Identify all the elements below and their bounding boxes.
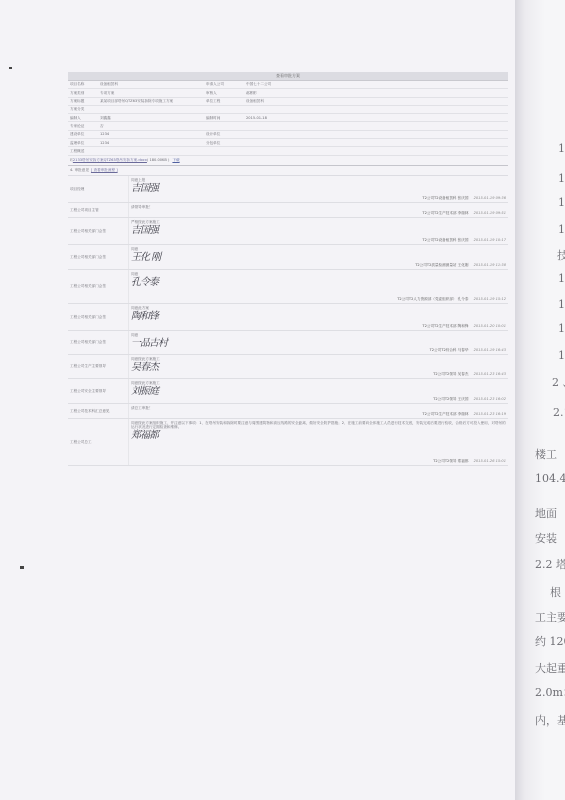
field-label: 工程概述: [68, 149, 100, 153]
approval-opinion: 同意按此方案施工: [131, 355, 508, 361]
approval-row: 工程公司生产主要领导 同意按此方案施工 吴春杰 T2公司T2领导 吴春杰 201…: [68, 355, 508, 379]
approver-name: 陶和锋: [458, 324, 469, 328]
field-label: 方案标题: [68, 99, 100, 103]
approval-body: 严格按此方案施工 吉国强 T2公司T2设备租赁科 张庆国 2015-01-19 …: [128, 218, 508, 244]
handwritten-signature: 陶和锋: [131, 311, 508, 323]
field-label: 方案类别: [68, 91, 100, 95]
approver-name: 孔令泰: [458, 297, 469, 301]
approval-time: 2015-01-23 16:43: [474, 372, 506, 376]
adjacent-page-text: 1.5: [558, 298, 565, 311]
download-link[interactable]: 下载: [172, 158, 179, 162]
approver-name: 李瑞林: [458, 412, 469, 416]
approver-dept: T2公司T2人力资源部（党委组织部）: [397, 297, 456, 301]
field-value: 设备租赁科: [100, 82, 206, 86]
approver-dept: T2公司T2领导: [433, 372, 456, 376]
approval-row: 工程公司安全主要领导 同意按此方案施工 刘振庭 T2公司T2领导 王庆国 201…: [68, 379, 508, 404]
approval-body: 同意此方案 陶和锋 T2公司T2生产技术部 陶和锋 2015-01-20 10:…: [128, 304, 508, 330]
approver-dept: T2公司T2领导: [433, 459, 456, 463]
handwritten-signature: 孔令泰: [131, 277, 508, 289]
info-row: 方案分类: [68, 106, 508, 114]
approval-opinion: 请总工审批！: [131, 404, 508, 410]
approval-body: 请总工审批！ T2公司T2生产技术部 李瑞林 2015-01-23 16:19: [128, 404, 508, 418]
approver-name: 吴春杰: [458, 372, 469, 376]
adjacent-page-text: 2.0m×: [535, 686, 565, 699]
field-label: 分包单位: [206, 141, 246, 145]
adjacent-page-text: 1.6: [558, 322, 565, 335]
approval-opinion: 同意: [131, 331, 508, 337]
approval-meta: T2公司T2设备租赁科 张庆国 2015-01-19 09:36: [422, 196, 506, 200]
approval-meta: T2公司T2生产技术部 陶和锋 2015-01-20 10:01: [422, 324, 506, 328]
approval-meta: T2公司T2生产技术部 李瑞林 2015-01-19 09:51: [422, 211, 506, 215]
scanned-page: 查看审批方案 项目名称设备租赁科申请人公司中国七十二公司方案类别专项方案审核人郝…: [0, 0, 515, 800]
approval-time: 2015-01-19 10:17: [474, 238, 506, 242]
approval-row: 工程公司相关部门会签 严格按此方案施工 吉国强 T2公司T2设备租赁科 张庆国 …: [68, 218, 508, 245]
approval-time: 2015-01-23 16:02: [474, 397, 506, 401]
handwritten-signature: 吉国强: [131, 183, 508, 195]
approval-opinion: 严格按此方案施工: [131, 218, 508, 224]
approval-opinion: 同意: [131, 270, 508, 276]
approval-body: 同意 一品古村 T2公司T2综合科 马春华 2015-01-19 16:43: [128, 331, 508, 354]
field-label: 编制时间: [206, 116, 246, 120]
approval-time: 2015-01-23 16:19: [474, 412, 506, 416]
approval-opinion: 同意此方案: [131, 304, 508, 310]
field-label: 申请人公司: [206, 82, 246, 86]
adjacent-page-text: 工主要: [535, 609, 565, 625]
approval-row: 工程公司技术科汇总意见 请总工审批！ T2公司T2生产技术部 李瑞林 2015-…: [68, 404, 508, 419]
approval-meta: T2公司T2设备租赁科 张庆国 2015-01-19 10:17: [422, 238, 506, 242]
approver-name: 王庆国: [458, 397, 469, 401]
approver-name: 马春华: [458, 348, 469, 352]
approver-name: 郑福都: [458, 459, 469, 463]
approval-opinion: 同意按此方案施工: [131, 379, 508, 385]
adjacent-page-text: 内，基: [535, 712, 565, 728]
adjacent-page-text: 1.4: [558, 272, 565, 285]
field-label: 设计单位: [206, 132, 246, 136]
info-row: 监理单位1234分包单位: [68, 139, 508, 147]
approver-dept: T2公司T2生产技术部: [422, 324, 456, 328]
handwritten-signature: 吉国强: [131, 225, 508, 237]
approval-time: 2015-01-19 11:38: [474, 263, 506, 267]
adjacent-page-text: 2.1 工: [553, 404, 565, 420]
approval-list: 项目经理 同意上报 吉国强 T2公司T2设备租赁科 张庆国 2015-01-19…: [68, 176, 508, 466]
approval-body: 同意 王化 刚 T2公司T2质量检测测量站 王化刚 2015-01-19 11:…: [128, 245, 508, 269]
handwritten-signature: 郑福都: [131, 430, 508, 442]
approval-meta: T2公司T2综合科 马春华 2015-01-19 16:43: [430, 348, 506, 352]
adjacent-page-text: 104.4: [535, 472, 565, 485]
approval-row: 工程公司相关部门会签 同意 一品古村 T2公司T2综合科 马春华 2015-01…: [68, 331, 508, 355]
approval-step-label: 工程公司相关部门会签: [68, 304, 128, 330]
field-value: 1234: [100, 132, 206, 136]
approval-opinion: 同意上报: [131, 176, 508, 182]
approval-form: 查看审批方案 项目名称设备租赁科申请人公司中国七十二公司方案类别专项方案审核人郝…: [68, 72, 508, 466]
approval-body: 同意按此方案施工 刘振庭 T2公司T2领导 王庆国 2015-01-23 16:…: [128, 379, 508, 403]
adjacent-page-text: 1: [558, 142, 565, 155]
approver-dept: T2公司T2生产技术部: [422, 412, 456, 416]
adjacent-page-text: 大起重: [535, 660, 565, 676]
field-value: 刘鑫鑫: [100, 116, 206, 120]
approval-time: 2015-01-19 09:36: [474, 196, 506, 200]
approval-step-label: 工程公司相关部门会签: [68, 270, 128, 303]
approval-time: 2015-01-19 15:12: [474, 297, 506, 301]
adjacent-page-text: 地面: [535, 505, 557, 521]
form-title: 查看审批方案: [68, 72, 508, 81]
field-label: 项目名称: [68, 82, 100, 86]
info-row: 工程概述: [68, 147, 508, 155]
approval-meta: T2公司T2领导 王庆国 2015-01-23 16:02: [433, 397, 506, 401]
approval-step-label: 工程公司项目主管: [68, 203, 128, 217]
field-label: 方案分类: [68, 107, 100, 111]
adjacent-page-text: 约 120: [535, 633, 565, 649]
adjacent-page-text: 1.2: [558, 196, 565, 209]
approval-body: 同意按此方案施工 吴春杰 T2公司T2领导 吴春杰 2015-01-23 16:…: [128, 355, 508, 378]
field-label: 专家论证: [68, 124, 100, 128]
attachment-row: ⎘ 2133塔吊安拆方案QTZ63塔吊安拆方案.docx ( 180.00KB …: [68, 156, 508, 166]
field-value: 1234: [100, 141, 206, 145]
view-flow-link[interactable]: [ 查看审批流程 ]: [91, 168, 118, 172]
adjacent-page-text: 安装: [535, 530, 557, 546]
section-label: 4. 审批意见: [70, 168, 89, 172]
approval-opinion: 同意: [131, 245, 508, 251]
adjacent-page-text: 根: [550, 584, 561, 600]
approval-row: 工程公司相关部门会签 同意 孔令泰 T2公司T2人力资源部（党委组织部） 孔令泰…: [68, 270, 508, 304]
approval-time: 2015-01-26 15:01: [474, 459, 506, 463]
approval-meta: T2公司T2生产技术部 李瑞林 2015-01-23 16:19: [422, 412, 506, 416]
approval-meta: T2公司T2领导 郑福都 2015-01-26 15:01: [433, 459, 506, 463]
approval-row: 工程公司项目主管 请领导审批！ T2公司T2生产技术部 李瑞林 2015-01-…: [68, 203, 508, 218]
approval-step-label: 工程公司相关部门会签: [68, 331, 128, 354]
approval-meta: T2公司T2领导 吴春杰 2015-01-23 16:43: [433, 372, 506, 376]
approver-dept: T2公司T2生产技术部: [422, 211, 456, 215]
approval-meta: T2公司T2人力资源部（党委组织部） 孔令泰 2015-01-19 15:12: [397, 297, 506, 301]
info-row: 编制人刘鑫鑫编制时间2015-01-18: [68, 114, 508, 122]
adjacent-page-text: 1.3: [558, 223, 565, 236]
field-label: 建设单位: [68, 132, 100, 136]
approver-name: 李瑞林: [458, 211, 469, 215]
info-row: 建设单位1234设计单位: [68, 131, 508, 139]
approver-dept: T2公司T2设备租赁科: [422, 196, 456, 200]
scan-speck: [20, 566, 24, 569]
adjacent-page-text: 1.7: [558, 349, 565, 362]
approval-row: 项目经理 同意上报 吉国强 T2公司T2设备租赁科 张庆国 2015-01-19…: [68, 176, 508, 203]
adjacent-page-text: 2.2 塔: [535, 556, 565, 572]
approver-name: 王化刚: [458, 263, 469, 267]
info-row: 专家论证否: [68, 122, 508, 130]
adjacent-page-text: 楼工: [535, 446, 557, 462]
approval-opinion: 同意按此方案组织施工，并注意以下事项：1、在塔吊安装和拆除时要注意与周围建筑物和…: [131, 419, 508, 430]
approval-row: 工程公司相关部门会签 同意此方案 陶和锋 T2公司T2生产技术部 陶和锋 201…: [68, 304, 508, 331]
approval-body: 同意上报 吉国强 T2公司T2设备租赁科 张庆国 2015-01-19 09:3…: [128, 176, 508, 202]
approval-step-label: 工程公司安全主要领导: [68, 379, 128, 403]
field-value: 否: [100, 124, 206, 128]
approval-opinion: 请领导审批！: [131, 203, 508, 209]
approval-step-label: 工程公司技术科汇总意见: [68, 404, 128, 418]
adjacent-page-text: 2 、: [552, 374, 565, 390]
approver-dept: T2公司T2领导: [433, 397, 456, 401]
scan-speck: [9, 67, 12, 69]
field-label: 单位工程: [206, 99, 246, 103]
adjacent-page-edge: 一11.1.21.3技1.41.51.61.72 、2.1 工楼工104.4地面…: [515, 0, 565, 800]
approver-dept: T2公司T2质量检测测量站: [415, 263, 456, 267]
approval-body: 请领导审批！ T2公司T2生产技术部 李瑞林 2015-01-19 09:51: [128, 203, 508, 217]
approval-meta: T2公司T2质量检测测量站 王化刚 2015-01-19 11:38: [415, 263, 506, 267]
info-row: 方案类别专项方案审核人郝彬彬: [68, 89, 508, 97]
approval-time: 2015-01-19 16:43: [474, 348, 506, 352]
field-label: 监理单位: [68, 141, 100, 145]
field-value: 专项方案: [100, 91, 206, 95]
approval-body: 同意按此方案组织施工，并注意以下事项：1、在塔吊安装和拆除时要注意与周围建筑物和…: [128, 419, 508, 465]
approver-dept: T2公司T2设备租赁科: [422, 238, 456, 242]
field-value: 郝彬彬: [246, 91, 508, 95]
approval-step-label: 工程公司相关部门会签: [68, 218, 128, 244]
approval-step-label: 工程公司相关部门会签: [68, 245, 128, 269]
approval-time: 2015-01-19 09:51: [474, 211, 506, 215]
approver-name: 张庆国: [458, 196, 469, 200]
field-value: 某某项目部塔吊QTZ63安装拆除专项施工方案: [100, 99, 206, 103]
approval-section-header: 4. 审批意见 [ 查看审批流程 ]: [68, 166, 508, 176]
field-value: 设备租赁科: [246, 99, 508, 103]
field-label: 编制人: [68, 116, 100, 120]
approver-dept: T2公司T2综合科: [430, 348, 457, 352]
approval-step-label: 工程公司生产主要领导: [68, 355, 128, 378]
approval-step-label: 项目经理: [68, 176, 128, 202]
info-table: 项目名称设备租赁科申请人公司中国七十二公司方案类别专项方案审核人郝彬彬方案标题某…: [68, 81, 508, 156]
field-value: 中国七十二公司: [246, 82, 508, 86]
approval-row: 工程公司总工 同意按此方案组织施工，并注意以下事项：1、在塔吊安装和拆除时要注意…: [68, 419, 508, 466]
approval-row: 工程公司相关部门会签 同意 王化 刚 T2公司T2质量检测测量站 王化刚 201…: [68, 245, 508, 270]
approver-name: 张庆国: [458, 238, 469, 242]
info-row: 方案标题某某项目部塔吊QTZ63安装拆除专项施工方案单位工程设备租赁科: [68, 98, 508, 106]
adjacent-page-text: 技: [557, 247, 565, 263]
attachment-size: ( 180.00KB ): [147, 158, 170, 162]
attachment-link[interactable]: 2133塔吊安拆方案QTZ63塔吊安拆方案.docx: [73, 158, 147, 162]
adjacent-page-text: 1.: [558, 172, 565, 185]
info-row: 项目名称设备租赁科申请人公司中国七十二公司: [68, 81, 508, 89]
field-label: 审核人: [206, 91, 246, 95]
approval-body: 同意 孔令泰 T2公司T2人力资源部（党委组织部） 孔令泰 2015-01-19…: [128, 270, 508, 303]
approval-time: 2015-01-20 10:01: [474, 324, 506, 328]
field-value: 2015-01-18: [246, 116, 508, 120]
approval-step-label: 工程公司总工: [68, 419, 128, 465]
